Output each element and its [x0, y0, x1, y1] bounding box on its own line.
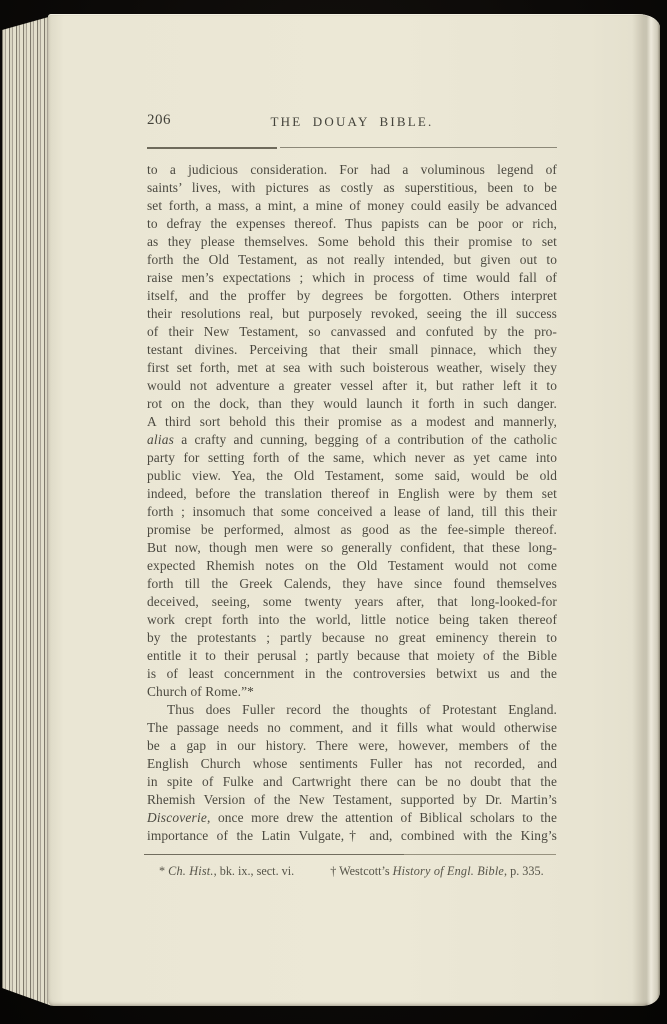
book-page-stack-edge	[2, 16, 52, 1006]
text-line: as they please themselves. Some behold t…	[147, 233, 557, 251]
page-header: 206 THE DOUAY BIBLE.	[147, 112, 557, 132]
header-rule-left-segment	[147, 147, 277, 149]
text-line: be a gap in our history. There were, how…	[147, 737, 557, 755]
text-line: But now, though men were so generally co…	[147, 539, 557, 557]
text-line: forth till the Greek Calends, they have …	[147, 575, 557, 593]
text-line: Discoverie, once more drew the attention…	[147, 809, 557, 827]
text-line: English Church whose sentiments Fuller h…	[147, 755, 557, 773]
text-line: by the protestants ; partly because no g…	[147, 629, 557, 647]
text-line: The passage needs no comment, and it fil…	[147, 719, 557, 737]
text-line: raise men’s expectations ; which in proc…	[147, 269, 557, 287]
text-line: to a judicious consideration. For had a …	[147, 161, 557, 179]
text-line: Church of Rome.”*	[147, 683, 557, 701]
text-line: importance of the Latin Vulgate,† and, c…	[147, 827, 557, 845]
text-line: forth ; insomuch that some conceived a l…	[147, 503, 557, 521]
header-rule	[147, 147, 557, 149]
text-line: to defray the expenses thereof. Thus pap…	[147, 215, 557, 233]
footnote-left: * Ch. Hist., bk. ix., sect. vi.	[159, 863, 294, 880]
text-line: forth the Old Testament, as not really i…	[147, 251, 557, 269]
text-line: itself, and the proffer by degrees be fo…	[147, 287, 557, 305]
page-number: 206	[147, 112, 171, 129]
text-line: A third sort behold this their promise a…	[147, 413, 557, 431]
footnote-rule-left-segment	[144, 854, 404, 855]
header-rule-right-segment	[280, 147, 557, 148]
text-line: their resolutions real, but purposely re…	[147, 305, 557, 323]
text-line: alias a crafty and cunning, begging of a…	[147, 431, 557, 449]
text-line: in spite of Fulke and Cartwright there c…	[147, 773, 557, 791]
text-line: deceived, seeing, some twenty years afte…	[147, 593, 557, 611]
footnote-right: † Westcott’s History of Engl. Bible, p. …	[330, 863, 543, 880]
text-line: of their New Testament, so canvassed and…	[147, 323, 557, 341]
text-line: party for setting forth of the same, whi…	[147, 449, 557, 467]
text-line: work crept forth into the world, little …	[147, 611, 557, 629]
scan-background: 206 THE DOUAY BIBLE. to a judicious cons…	[0, 0, 667, 1024]
text-line: rot on the dock, than they would launch …	[147, 395, 557, 413]
text-line: indeed, before the translation thereof i…	[147, 485, 557, 503]
book-page: 206 THE DOUAY BIBLE. to a judicious cons…	[48, 14, 660, 1006]
running-title: THE DOUAY BIBLE.	[147, 112, 557, 130]
text-line: Thus does Fuller record the thoughts of …	[147, 701, 557, 719]
text-line: saints’ lives, with pictures as costly a…	[147, 179, 557, 197]
text-line: Rhemish Version of the New Testament, su…	[147, 791, 557, 809]
body-text: to a judicious consideration. For had a …	[147, 161, 557, 845]
footnote-rule-right-segment	[404, 854, 556, 855]
text-line: entitle it to their perusal ; partly bec…	[147, 647, 557, 665]
footnote: * Ch. Hist., bk. ix., sect. vi. † Westco…	[147, 863, 559, 880]
text-line: first set forth, met at sea with such bo…	[147, 359, 557, 377]
text-line: would not adventure a greater vessel aft…	[147, 377, 557, 395]
text-line: testant divines. Perceiving that their s…	[147, 341, 557, 359]
page-gutter-shadow	[632, 14, 660, 1006]
footnote-rule	[144, 854, 556, 856]
text-line: is of least concernment in the controver…	[147, 665, 557, 683]
text-line: promise be performed, almost as good as …	[147, 521, 557, 539]
text-line: expected Rhemish notes on the Old Testam…	[147, 557, 557, 575]
text-line: public view. Yea, the Old Testament, som…	[147, 467, 557, 485]
text-line: set forth, a mass, a mint, a mine of mon…	[147, 197, 557, 215]
